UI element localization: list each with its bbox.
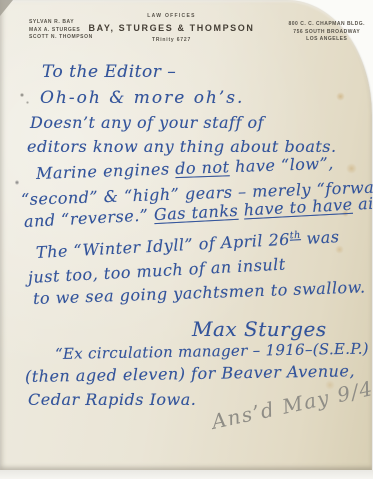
address-line: 800 C. C. CHAPMAN BLDG. — [288, 21, 365, 29]
office-label: LAW OFFICES — [0, 13, 343, 19]
address-line: LOS ANGELES — [288, 36, 365, 44]
handwritten-line: Doesn’t any of your staff of — [30, 113, 264, 132]
handwritten-line: editors know any thing about boats. — [27, 137, 337, 156]
paper-stain — [346, 163, 357, 174]
handwritten-line: Oh-oh & more oh’s. — [40, 88, 244, 108]
letterhead-address: 800 C. C. CHAPMAN BLDG. 756 SOUTH BROADW… — [288, 21, 365, 44]
scanned-letter-page: SYLVAN R. BAY MAX A. STURGES SCOTT N. TH… — [0, 0, 373, 479]
paper-speck — [15, 180, 19, 185]
scan-edge-shadow — [0, 470, 373, 479]
postscript-line: Cedar Rapids Iowa. — [28, 390, 196, 409]
address-line: 756 SOUTH BROADWAY — [288, 29, 365, 37]
underlined-phrase: do not — [175, 157, 230, 178]
paper-speck — [20, 93, 24, 97]
paper-stain — [335, 245, 344, 254]
paper-stain — [336, 92, 345, 101]
signature: Max Sturges — [192, 317, 327, 341]
salutation-line: To the Editor – — [42, 62, 176, 82]
paper-speck — [26, 101, 29, 104]
